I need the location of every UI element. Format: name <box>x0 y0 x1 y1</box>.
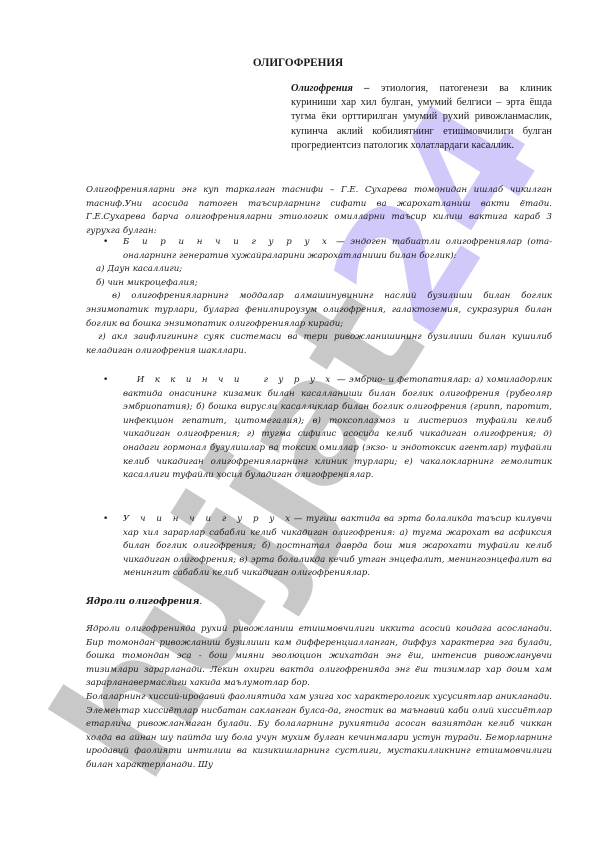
bullet-icon: • <box>103 374 108 388</box>
group-1-subitem-g: г) акл заифлигининг суяк системаси ва те… <box>86 331 552 358</box>
group-2-name: И к к и н ч и г у р у х <box>123 375 334 385</box>
group-2-item: • И к к и н ч и г у р у х — эмбрио- и фе… <box>86 374 552 483</box>
document-page: hujjat24 ОЛИГОФРЕНИЯ Олигофрения – этиол… <box>0 0 596 842</box>
bullet-icon: • <box>103 513 108 527</box>
document-title: ОЛИГОФРЕНИЯ <box>0 57 596 69</box>
definition-dash: – <box>353 83 381 94</box>
section-body: Ядроли олигофренияда рухий ривожланиш ет… <box>86 623 552 773</box>
section-heading: Ядроли олигофрения. <box>86 597 202 607</box>
section-paragraph-1: Ядроли олигофренияда рухий ривожланиш ет… <box>86 623 552 691</box>
group-1: • Б и р и н ч и г у р у х — эндоген таби… <box>86 236 552 358</box>
group-3: • У ч и н ч и г у р у х— тугиш вактида в… <box>86 513 552 581</box>
group-2-text: — эмбрио- и фетопатиялар: а) хомиладорли… <box>123 375 552 480</box>
group-1-subitem-b: б) чин микроцефалия; <box>86 277 552 291</box>
definition-abstract: Олигофрения – этиология, патогенези ва к… <box>291 82 552 153</box>
group-1-subitem-a: а) Даун касаллиги; <box>86 263 552 277</box>
bullet-icon: • <box>103 236 108 250</box>
group-3-name: У ч и н ч и г у р у х <box>123 514 294 524</box>
group-1-item: • Б и р и н ч и г у р у х — эндоген таби… <box>86 236 552 263</box>
section-heading-suffix: . <box>199 597 202 607</box>
classification-intro: Олигофренияларни энг куп таркалган тасни… <box>86 184 552 238</box>
group-1-name: Б и р и н ч и г у р у х <box>123 237 331 247</box>
section-paragraph-2: Болаларнинг хиссий-иродавий фаолиятида х… <box>86 691 552 773</box>
group-1-subitem-v: в) олигофренияларнинг моддалар алмашинув… <box>86 290 552 331</box>
group-3-item: • У ч и н ч и г у р у х— тугиш вактида в… <box>86 513 552 581</box>
section-heading-text: Ядроли олигофрения <box>86 597 199 607</box>
document-content: ОЛИГОФРЕНИЯ Олигофрения – этиология, пат… <box>0 0 596 842</box>
group-2: • И к к и н ч и г у р у х — эмбрио- и фе… <box>86 374 552 483</box>
definition-term: Олигофрения <box>291 83 353 94</box>
